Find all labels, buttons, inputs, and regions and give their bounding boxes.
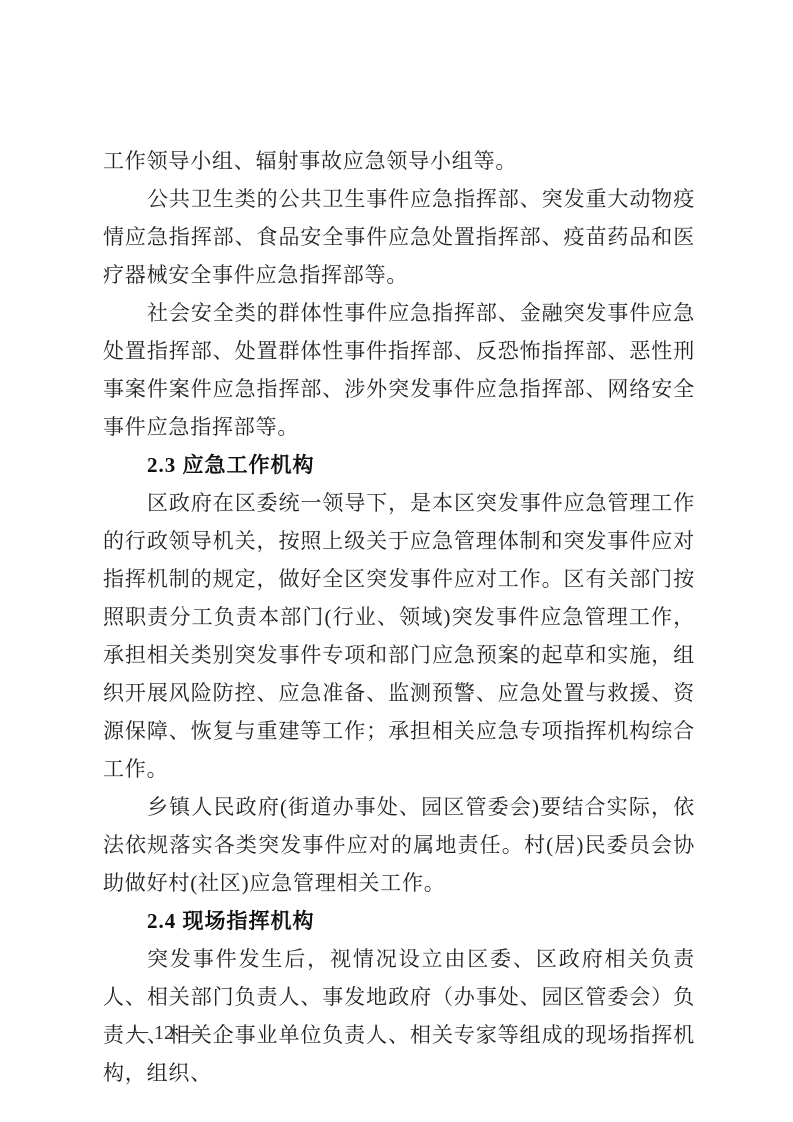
paragraph-township-government: 乡镇人民政府(街道办事处、园区管委会)要结合实际，依法依规落实各类突发事件应对的… — [103, 788, 695, 902]
paragraph-public-health: 公共卫生类的公共卫生事件应急指挥部、突发重大动物疫情应急指挥部、食品安全事件应急… — [103, 180, 695, 294]
paragraph-continuation: 工作领导小组、辐射事故应急领导小组等。 — [103, 142, 695, 180]
footer-left-dash: — — [128, 1019, 148, 1043]
paragraph-social-security: 社会安全类的群体性事件应急指挥部、金融突发事件应急处置指挥部、处置群体性事件指挥… — [103, 294, 695, 446]
page-number: 12 — [154, 1022, 174, 1044]
document-body: 工作领导小组、辐射事故应急领导小组等。 公共卫生类的公共卫生事件应急指挥部、突发… — [103, 142, 695, 1092]
document-page: 工作领导小组、辐射事故应急领导小组等。 公共卫生类的公共卫生事件应急指挥部、突发… — [0, 0, 793, 1122]
paragraph-district-government: 区政府在区委统一领导下，是本区突发事件应急管理工作的行政领导机关，按照上级关于应… — [103, 484, 695, 788]
page-footer: —12— — [122, 1021, 206, 1045]
paragraph-onsite-command: 突发事件发生后，视情况设立由区委、区政府相关负责人、相关部门负责人、事发地政府（… — [103, 940, 695, 1092]
footer-right-dash: — — [180, 1019, 200, 1043]
section-heading-2-4: 2.4 现场指挥机构 — [103, 902, 695, 940]
section-heading-2-3: 2.3 应急工作机构 — [103, 446, 695, 484]
